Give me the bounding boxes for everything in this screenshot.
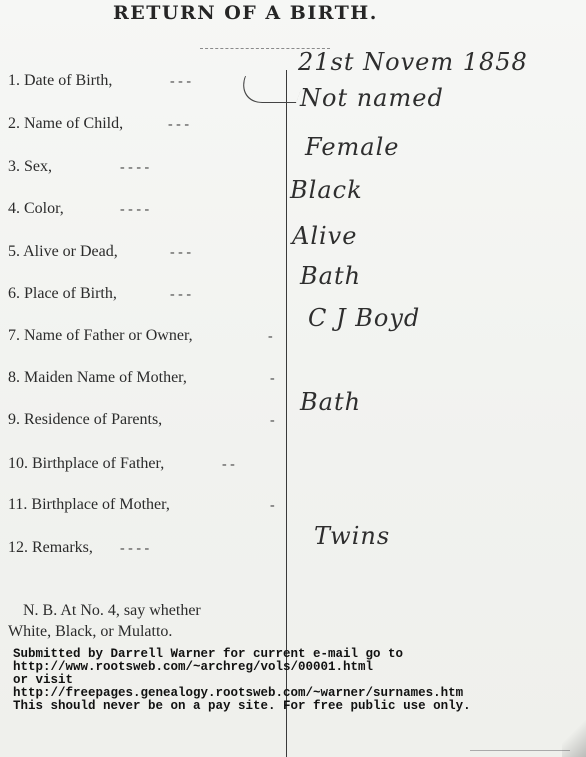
leader-dots: - - - -	[120, 160, 149, 176]
leader-dots: - - - -	[120, 202, 149, 218]
label-alive-or-dead: 5. Alive or Dead,	[8, 243, 118, 261]
leader-dots: - -	[222, 457, 235, 473]
note-line-1: N. B. At No. 4, say whether	[8, 600, 201, 621]
footer-link-surnames: http://freepages.genealogy.rootsweb.com/…	[13, 686, 463, 700]
value-residence-of-parents: Bath	[300, 388, 361, 416]
leader-dots: -	[270, 413, 275, 429]
value-date-of-birth: 21st Novem 1858	[298, 48, 528, 76]
value-name-of-child: Not named	[300, 84, 444, 112]
leader-dots: -	[268, 329, 273, 345]
document-title: RETURN OF A BIRTH.	[113, 2, 378, 24]
label-birthplace-of-mother: 11. Birthplace of Mother,	[8, 496, 170, 514]
leader-dots: -	[270, 498, 275, 514]
label-maiden-name-of-mother: 8. Maiden Name of Mother,	[8, 369, 187, 387]
label-sex: 3. Sex,	[8, 158, 52, 176]
label-birthplace-of-father: 10. Birthplace of Father,	[8, 455, 164, 473]
label-residence-of-parents: 9. Residence of Parents,	[8, 411, 162, 429]
birth-record-page: RETURN OF A BIRTH. 1. Date of Birth, - -…	[0, 0, 586, 757]
page-corner-shadow	[562, 717, 586, 757]
leader-dots: - - -	[170, 287, 191, 303]
instruction-note: N. B. At No. 4, say whether White, Black…	[8, 600, 201, 642]
bottom-rule	[470, 750, 570, 751]
footer-line-3: or visit	[13, 673, 73, 687]
label-father-or-owner: 7. Name of Father or Owner,	[8, 327, 193, 345]
handwritten-bracket-mark	[235, 76, 306, 103]
label-remarks: 12. Remarks,	[8, 539, 93, 557]
footer-link-archreg: http://www.rootsweb.com/~archreg/vols/00…	[13, 660, 373, 674]
leader-dots: -	[270, 371, 275, 387]
value-place-of-birth: Bath	[300, 262, 361, 290]
note-line-2: White, Black, or Mulatto.	[8, 623, 172, 640]
label-color: 4. Color,	[8, 200, 64, 218]
value-father-or-owner: C J Boyd	[308, 304, 420, 332]
leader-dots: - - -	[168, 117, 189, 133]
value-remarks: Twins	[314, 522, 390, 550]
label-place-of-birth: 6. Place of Birth,	[8, 285, 117, 303]
leader-dots: - - -	[170, 245, 191, 261]
value-alive-or-dead: Alive	[292, 222, 357, 250]
footer-line-1: Submitted by Darrell Warner for current …	[13, 647, 403, 661]
footer-line-5: This should never be on a pay site. For …	[13, 699, 471, 713]
leader-dots: - - - -	[120, 541, 149, 557]
value-sex: Female	[305, 133, 400, 161]
submission-footer: Submitted by Darrell Warner for current …	[13, 648, 471, 713]
label-name-of-child: 2. Name of Child,	[8, 115, 123, 133]
label-date-of-birth: 1. Date of Birth,	[8, 72, 112, 90]
leader-dots: - - -	[170, 74, 191, 90]
value-color: Black	[290, 176, 363, 204]
